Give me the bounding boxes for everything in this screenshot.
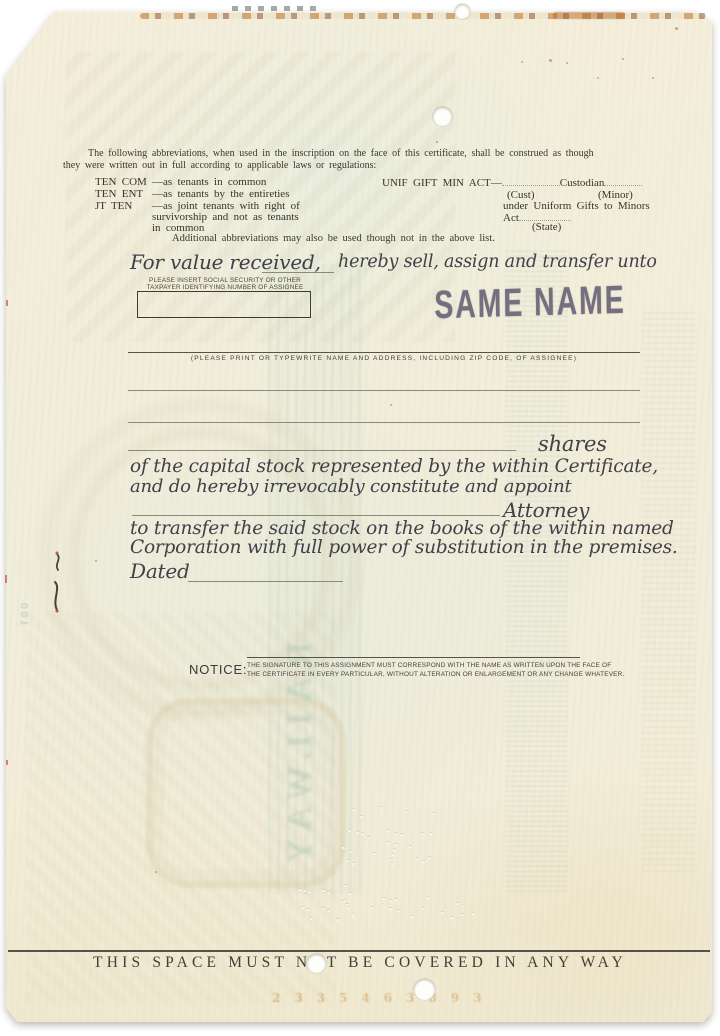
notice-text-line2: THE CERTIFICATE IN EVERY PARTICULAR, WIT… [247, 670, 624, 679]
abbrev-jt-ten-term: JT TEN [95, 200, 152, 212]
transfer-line2-script: Corporation with full power of substitut… [130, 537, 678, 558]
foxing-spot [390, 404, 392, 406]
perforation-dot [400, 833, 403, 836]
foxing-spot [675, 27, 678, 30]
perforation-dot [393, 848, 396, 851]
perforation-dot [450, 916, 453, 919]
showthrough-left-serial: 100 [18, 600, 29, 626]
unif-state-caption: (State) [532, 221, 561, 233]
capital-stock-line1-script: of the capital stock represented by the … [130, 456, 658, 477]
ssn-instruction-line2: TAXPAYER IDENTIFYING NUMBER OF ASSIGNEE [147, 284, 304, 291]
punch-hole [307, 954, 326, 973]
abbrev-ten-ent-def: —as tenants by the entireties [152, 188, 289, 200]
punch-hole [455, 4, 470, 19]
perforation-dot [389, 899, 392, 902]
showthrough-band-right [506, 250, 568, 892]
perforation-dot [397, 909, 400, 912]
assignee-blank-line-2 [128, 422, 640, 423]
unif-gift-label: UNIF GIFT MIN ACT— [382, 177, 502, 189]
perforation-dot [348, 829, 351, 832]
perforation-dot [394, 832, 397, 835]
ssn-instruction-label: PLEASE INSERT SOCIAL SECURITY OR OTHER T… [137, 277, 313, 291]
footer-warning-text: THIS SPACE MUST NOT BE COVERED IN ANY WA… [0, 954, 720, 972]
foxing-spot [566, 62, 568, 64]
same-name-stamp: SAME NAME [434, 278, 626, 328]
foxing-spot [155, 871, 157, 873]
perforation-dot [343, 899, 346, 902]
perforation-dot [421, 832, 424, 835]
perforation-dot [461, 913, 464, 916]
perforation-dot [322, 889, 325, 892]
abbreviations-intro-line1: The following abbreviations, when used i… [88, 148, 594, 160]
dated-blank-line [188, 581, 343, 582]
perforation-dot [428, 856, 431, 859]
perforation-dot [416, 857, 419, 860]
abbrev-ten-ent: TEN ENT—as tenants by the entireties [95, 188, 289, 200]
staple-mark [48, 550, 70, 622]
perforation-dot [351, 913, 354, 916]
perforation-dot [356, 831, 359, 834]
notice-text-line1: THE SIGNATURE TO THIS ASSIGNMENT MUST CO… [247, 661, 611, 670]
unif-dotted-line-1 [502, 176, 560, 186]
perforation-dot [367, 836, 370, 839]
perforation-dot [388, 858, 391, 861]
abbrev-ten-ent-term: TEN ENT [95, 188, 152, 200]
unif-dotted-line-2 [604, 176, 642, 186]
capital-stock-line2-script: and do hereby irrevocably constitute and… [130, 476, 572, 497]
abbrev-ten-com-term: TEN COM [95, 176, 152, 188]
notice-label: NOTICE: [189, 662, 247, 677]
abbrev-ten-com-def: —as tenants in common [152, 176, 266, 188]
serial-number-showthrough: 2335463893 [272, 991, 496, 1005]
foxing-spot [652, 77, 654, 79]
perforation-dot [391, 853, 394, 856]
edge-tick-3 [6, 760, 8, 765]
binding-residue-blob [553, 12, 625, 19]
perforation-dot [422, 860, 425, 863]
perforation-dot [426, 896, 429, 899]
foxing-spot [521, 61, 523, 63]
perforation-dot [308, 890, 311, 893]
perforation-dot [352, 862, 355, 865]
scanned-certificate-back: RAILWAY 100 2335463893 The following abb… [0, 0, 720, 1036]
foxing-spot [597, 77, 599, 79]
edge-tick-2 [5, 575, 7, 583]
perforation-dot [406, 810, 409, 813]
perforation-dot [387, 841, 390, 844]
perforation-dot [430, 832, 433, 835]
perforation-dot [395, 843, 398, 846]
perforation-dot [346, 859, 349, 862]
shares-blank-line [128, 450, 516, 451]
perforation-dot [298, 888, 301, 891]
scan-edge-dashes [232, 6, 316, 11]
perforation-dot [306, 908, 309, 911]
perforation-dot [360, 815, 363, 818]
foxing-spot [622, 58, 624, 60]
perforation-dot [471, 912, 474, 915]
perforation-dot [386, 829, 389, 832]
foxing-spot [436, 141, 438, 143]
perforation-dot [327, 891, 330, 894]
perforation-dot [410, 915, 413, 918]
perforation-dot [303, 889, 306, 892]
perforation-dot [327, 909, 330, 912]
abbrev-ten-com: TEN COM—as tenants in common [95, 176, 266, 188]
unif-custodian-label: Custodian [560, 177, 605, 189]
perforation-dot [389, 907, 392, 910]
assignee-caption-rule [128, 352, 640, 353]
perforation-dot [347, 906, 350, 909]
foxing-spot [95, 560, 97, 562]
assignee-caption: (PLEASE PRINT OR TYPEWRITE NAME AND ADDR… [128, 355, 640, 362]
perforation-dot [391, 862, 394, 865]
perforation-dot [462, 904, 465, 907]
unif-gift-row: UNIF GIFT MIN ACT—Custodian [382, 176, 642, 189]
perforation-dot [373, 852, 376, 855]
assignee-blank-line-1 [128, 390, 640, 391]
showthrough-mirrored-word: RAILWAY [278, 642, 320, 922]
perforation-dot [310, 917, 313, 920]
blank-after-received [262, 272, 334, 273]
perforation-dot [361, 832, 364, 835]
sell-assign-transfer-script: hereby sell, assign and transfer unto [338, 252, 657, 272]
foxing-spot [549, 59, 552, 62]
perforation-dot [371, 906, 374, 909]
unif-dotted-line-3 [519, 211, 571, 221]
perforation-dot [344, 884, 347, 887]
notice-overline [247, 657, 580, 658]
ssn-entry-box [137, 291, 311, 318]
edge-tick-1 [6, 300, 8, 306]
dated-word-script: Dated [130, 559, 190, 583]
perforation-dot [422, 907, 425, 910]
additional-abbreviations-note: Additional abbreviations may also be use… [172, 233, 495, 245]
perforation-dot [433, 812, 436, 815]
punch-hole [414, 979, 435, 1000]
perforation-dot [336, 918, 339, 921]
perforation-dot [352, 808, 355, 811]
ssn-instruction-line1: PLEASE INSERT SOCIAL SECURITY OR OTHER [149, 277, 301, 284]
perforation-dot [382, 897, 385, 900]
showthrough-cartouche [146, 698, 346, 888]
perforation-dot [302, 906, 305, 909]
perforation-dot [395, 898, 398, 901]
abbreviations-intro-line2: they were written out in full according … [63, 160, 376, 172]
showthrough-band-faredge [642, 312, 696, 872]
perforation-dot [322, 907, 325, 910]
attorney-blank-line [132, 515, 500, 516]
perforation-dot [409, 845, 412, 848]
perforation-dot [342, 846, 345, 849]
perforation-dot [441, 911, 444, 914]
perforation-dot [348, 892, 351, 895]
for-value-received-script: For value received, [130, 250, 321, 274]
footer-rule [8, 950, 710, 952]
shares-word-script: shares [538, 432, 607, 456]
perforation-dot [380, 806, 383, 809]
punch-hole [433, 107, 452, 126]
perforation-dot [456, 902, 459, 905]
unif-act-label: Act [503, 212, 519, 224]
perforation-dot [350, 850, 353, 853]
transfer-line1-script: to transfer the said stock on the books … [130, 518, 674, 539]
